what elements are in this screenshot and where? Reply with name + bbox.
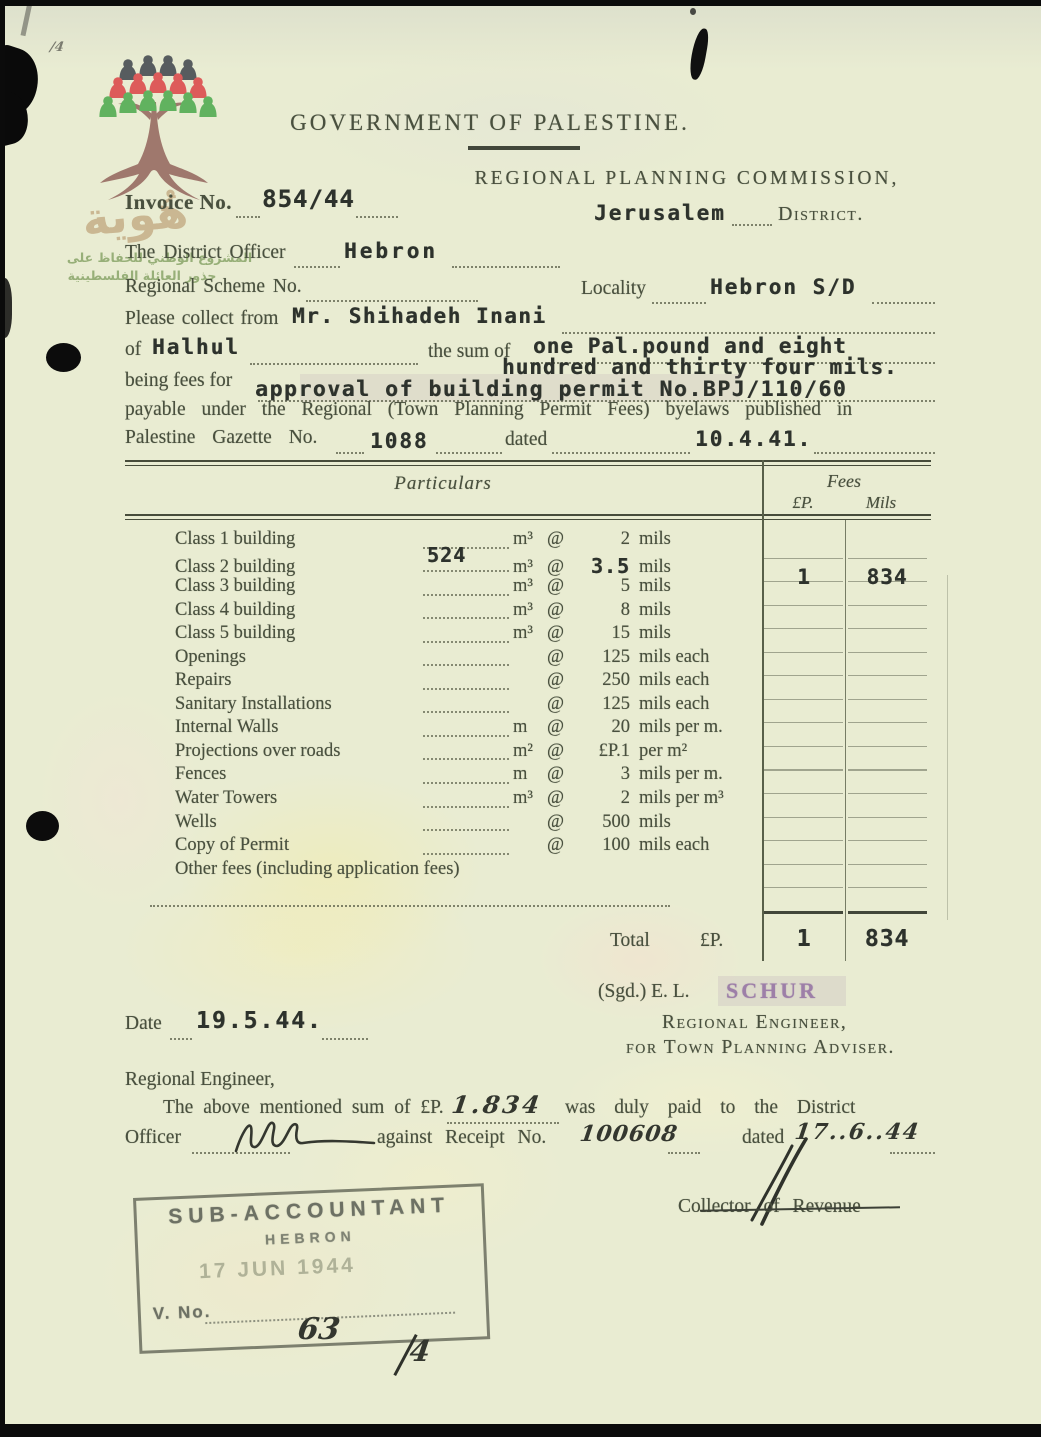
table-row: Projections over roadsm²@£P.1per m² xyxy=(150,741,766,765)
edge-smudge xyxy=(21,2,33,36)
row-rate-value: 5 xyxy=(574,576,630,597)
dotted-leader xyxy=(890,1150,935,1154)
locality-value: Hebron S/D xyxy=(710,275,856,299)
date-value: 19.5.44. xyxy=(196,1008,323,1034)
dotted-leader xyxy=(336,450,364,454)
row-rate-unit: mils xyxy=(639,600,671,621)
gazette-dated-value: 10.4.41. xyxy=(695,427,812,451)
date-label: Date xyxy=(125,1013,162,1035)
row-rate-value: 500 xyxy=(574,812,630,833)
table-row: Other fees (including application fees) xyxy=(150,859,766,883)
table-row: Class 2 building524m³@3.5mils xyxy=(150,553,766,577)
fee-row-line xyxy=(764,558,843,559)
row-rate-value: 15 xyxy=(574,623,630,644)
town-planning-adviser-title: for Town Planning Adviser. xyxy=(626,1037,895,1059)
row-label: Openings xyxy=(175,647,423,668)
pound-header: £P. xyxy=(780,493,826,513)
row-at-sign: @ xyxy=(547,788,574,809)
fee-row-line xyxy=(848,840,927,841)
table-row: Internal Wallsm@20mils per m. xyxy=(150,717,766,741)
fee-mils-value: 834 xyxy=(856,565,918,589)
row-rate-value: 20 xyxy=(574,717,630,738)
scanned-invoice-page: هُوية المشروع الوطني للحفاظ على جذور الع… xyxy=(0,0,1041,1437)
table-row: Water Towersm³@2mils per m³ xyxy=(150,788,766,812)
hole-punch xyxy=(46,343,81,372)
fee-row-line xyxy=(764,769,843,770)
collect-value: Mr. Shihadeh Inani xyxy=(292,304,547,328)
row-at-sign: @ xyxy=(547,764,574,785)
fee-row-line xyxy=(764,864,843,865)
row-fill-line xyxy=(423,673,509,690)
fee-row-line xyxy=(848,887,927,888)
row-at-sign: @ xyxy=(547,812,574,833)
dotted-leader xyxy=(452,264,560,268)
dotted-leader xyxy=(322,1036,368,1040)
row-label: Class 2 building xyxy=(175,557,423,578)
row-label: Copy of Permit xyxy=(175,835,423,856)
fee-row-line xyxy=(848,652,927,653)
row-at-sign: @ xyxy=(547,557,574,578)
row-fill-line xyxy=(423,767,509,784)
row-fill-line xyxy=(423,791,509,808)
total-pound-value: 1 xyxy=(786,926,822,952)
table-top-rule xyxy=(125,460,931,466)
dotted-leader xyxy=(732,222,772,226)
row-fill-line xyxy=(423,696,509,713)
table-pound-mils-vline xyxy=(845,520,846,961)
fee-row-line xyxy=(764,652,843,653)
total-rule-mils xyxy=(848,911,927,914)
dotted-leader xyxy=(236,214,260,218)
fee-row-line xyxy=(764,746,843,747)
gazette-value: 1088 xyxy=(370,429,429,453)
fee-row-line xyxy=(848,769,927,770)
fee-row-line xyxy=(764,675,843,676)
invoice-label: Invoice No. xyxy=(125,190,232,215)
dotted-leader xyxy=(872,300,935,304)
row-rate-unit: mils per m. xyxy=(639,717,723,738)
row-rate-unit: mils xyxy=(639,623,671,644)
fee-row-line xyxy=(848,793,927,794)
other-fees-dotted-line xyxy=(150,903,670,907)
row-label: Class 5 building xyxy=(175,623,423,644)
fees-header: Fees xyxy=(812,471,876,492)
fee-row-line xyxy=(848,699,927,700)
collect-label: Please collect from xyxy=(125,308,278,330)
sum-handwritten: 1.834 xyxy=(450,1090,544,1119)
payment-salutation: Regional Engineer, xyxy=(125,1069,275,1091)
gazette-label: Palestine Gazette No. xyxy=(125,427,317,449)
row-label: Repairs xyxy=(175,670,423,691)
fee-row-line xyxy=(848,628,927,629)
total-currency: £P. xyxy=(700,930,723,952)
district-officer-label: The District Officer xyxy=(125,242,286,264)
scan-edge-top xyxy=(0,0,1041,6)
row-fill-line xyxy=(423,720,509,737)
row-fill-line: 524 xyxy=(423,555,509,572)
of-label: of xyxy=(125,339,141,361)
row-unit: m³ xyxy=(509,576,547,597)
row-unit: m² xyxy=(509,741,547,762)
row-label: Fences xyxy=(175,764,423,785)
scan-edge-left xyxy=(0,0,5,1437)
fee-row-line xyxy=(764,722,843,723)
fee-row-line xyxy=(848,864,927,865)
officer-label: Officer xyxy=(125,1127,181,1149)
locality-label: Locality xyxy=(581,278,646,300)
row-rate-value: 250 xyxy=(574,670,630,691)
row-unit: m³ xyxy=(509,529,547,550)
row-at-sign: @ xyxy=(547,670,574,691)
row-fill-value: 524 xyxy=(427,543,466,567)
fee-row-line xyxy=(848,675,927,676)
stamp-vno-label: V. No. xyxy=(152,1302,211,1324)
row-rate-unit: mils per m. xyxy=(639,764,723,785)
hole-punch xyxy=(26,811,59,841)
table-row: Fencesm@3mils per m. xyxy=(150,764,766,788)
fee-row-line xyxy=(848,605,927,606)
row-label: Sanitary Installations xyxy=(175,694,423,715)
row-label: Projections over roads xyxy=(175,741,423,762)
total-label: Total xyxy=(610,930,650,952)
table-header-rule xyxy=(125,514,931,520)
district-officer-value: Hebron xyxy=(344,239,438,263)
fee-row-line xyxy=(848,722,927,723)
of-value: Halhul xyxy=(152,335,240,359)
particulars-rows: Class 1 buildingm³@2milsClass 2 building… xyxy=(150,529,766,882)
fee-row-line xyxy=(764,628,843,629)
sgd-stamp-name: SCHUR xyxy=(726,978,818,1004)
table-row: Sanitary Installations@125mils each xyxy=(150,694,766,718)
fee-row-line xyxy=(764,793,843,794)
row-unit: m xyxy=(509,717,547,738)
row-rate-value: £P.1 xyxy=(574,741,630,762)
ink-dot xyxy=(690,8,696,15)
dotted-leader xyxy=(170,1036,192,1040)
fee-row-line xyxy=(764,605,843,606)
dotted-leader xyxy=(668,1150,700,1154)
row-at-sign: @ xyxy=(547,600,574,621)
dotted-leader xyxy=(814,450,935,454)
total-mils-value: 834 xyxy=(856,926,918,952)
payable-line: payable under the Regional (Town Plannin… xyxy=(125,399,852,421)
row-label: Class 4 building xyxy=(175,600,423,621)
heritage-tree-logo xyxy=(80,52,236,208)
sum-label: the sum of xyxy=(428,341,510,363)
row-label: Other fees (including application fees) xyxy=(175,859,460,880)
row-fill-line xyxy=(423,579,509,596)
district-value: Jerusalem xyxy=(594,201,726,225)
dotted-leader xyxy=(552,450,690,454)
row-fill-line xyxy=(423,838,509,855)
row-at-sign: @ xyxy=(547,529,574,550)
receipt-number-handwritten: 100608 xyxy=(578,1121,680,1147)
stamp-date: 17 JUN 1944 xyxy=(199,1254,357,1285)
dotted-leader xyxy=(436,450,502,454)
row-fill-line xyxy=(423,814,509,831)
commission-title: REGIONAL PLANNING COMMISSION, xyxy=(462,168,912,190)
mils-header: Mils xyxy=(856,493,906,513)
row-label: Wells xyxy=(175,812,423,833)
scheme-label: Regional Scheme No. xyxy=(125,276,302,298)
row-label: Water Towers xyxy=(175,788,423,809)
row-unit: m³ xyxy=(509,623,547,644)
row-rate-unit: mils xyxy=(639,557,671,578)
row-at-sign: @ xyxy=(547,576,574,597)
invoice-number-value: 854/44 xyxy=(262,185,355,213)
row-rate-unit: mils xyxy=(639,576,671,597)
regional-engineer-title: Regional Engineer, xyxy=(662,1012,847,1034)
corner-pencil-mark: /4 xyxy=(49,40,65,55)
row-rate-unit: mils each xyxy=(639,670,709,691)
row-rate-unit: mils xyxy=(639,529,671,550)
row-rate-value: 8 xyxy=(574,600,630,621)
dotted-leader xyxy=(294,264,340,268)
table-row: Class 4 buildingm³@8mils xyxy=(150,600,766,624)
row-rate-value: 3 xyxy=(574,764,630,785)
fee-pound-value: 1 xyxy=(786,565,822,589)
fee-row-line xyxy=(764,699,843,700)
dotted-leader xyxy=(356,214,398,218)
row-unit: m xyxy=(509,764,547,785)
payment-line1-post: was duly paid to the District xyxy=(565,1097,855,1119)
row-at-sign: @ xyxy=(547,623,574,644)
fee-row-line xyxy=(764,817,843,818)
fee-row-line xyxy=(764,840,843,841)
row-rate-value: 2 xyxy=(574,788,630,809)
row-rate-value: 3.5 xyxy=(574,554,630,578)
scan-edge-bottom xyxy=(0,1424,1041,1437)
total-rule-pound xyxy=(764,911,843,914)
row-at-sign: @ xyxy=(547,717,574,738)
district-label: District. xyxy=(778,203,864,226)
row-rate-unit: mils each xyxy=(639,835,709,856)
voucher-number-handwritten: 63 xyxy=(296,1312,343,1347)
title-rule xyxy=(468,146,580,150)
sgd-prefix: (Sgd.) E. L. xyxy=(598,981,690,1003)
table-row: Openings@125mils each xyxy=(150,647,766,671)
row-fill-line xyxy=(423,602,509,619)
dotted-leader xyxy=(652,300,706,304)
row-label: Class 3 building xyxy=(175,576,423,597)
row-rate-value: 2 xyxy=(574,529,630,550)
particulars-header: Particulars xyxy=(308,473,578,495)
fees-for-label: being fees for xyxy=(125,370,232,392)
row-at-sign: @ xyxy=(547,835,574,856)
row-at-sign: @ xyxy=(547,694,574,715)
row-fill-line xyxy=(423,649,509,666)
row-rate-value: 125 xyxy=(574,694,630,715)
row-at-sign: @ xyxy=(547,647,574,668)
table-row: Copy of Permit@100mils each xyxy=(150,835,766,859)
row-rate-unit: mils each xyxy=(639,694,709,715)
ink-blot xyxy=(688,27,711,81)
row-unit: m³ xyxy=(509,600,547,621)
dated-label: dated xyxy=(505,429,547,451)
extra-number-handwritten: 4 xyxy=(408,1334,433,1368)
page-title: GOVERNMENT OF PALESTINE. xyxy=(240,110,740,136)
row-unit: m³ xyxy=(509,557,547,578)
row-rate-value: 125 xyxy=(574,647,630,668)
row-rate-value: 100 xyxy=(574,835,630,856)
row-unit: m³ xyxy=(509,788,547,809)
row-label: Class 1 building xyxy=(175,529,423,550)
fee-row-line xyxy=(848,817,927,818)
against-receipt-label: against Receipt No. xyxy=(377,1127,546,1149)
officer-signature xyxy=(228,1113,378,1159)
row-fill-line xyxy=(423,743,509,760)
table-row: Wells@500mils xyxy=(150,812,766,836)
fold-crease xyxy=(947,575,948,920)
fee-row-line xyxy=(764,887,843,888)
row-rate-unit: mils per m³ xyxy=(639,788,724,809)
row-at-sign: @ xyxy=(547,741,574,762)
row-label: Internal Walls xyxy=(175,717,423,738)
row-rate-unit: mils each xyxy=(639,647,709,668)
table-row: Class 5 buildingm³@15mils xyxy=(150,623,766,647)
row-rate-unit: per m² xyxy=(639,741,687,762)
row-fill-line xyxy=(423,626,509,643)
table-row: Repairs@250mils each xyxy=(150,670,766,694)
dotted-leader xyxy=(306,298,478,302)
row-rate-unit: mils xyxy=(639,812,671,833)
table-row: Class 3 buildingm³@5mils xyxy=(150,576,766,600)
fee-row-line xyxy=(848,558,927,559)
dotted-leader xyxy=(250,361,418,365)
dotted-leader xyxy=(447,1120,559,1124)
fee-row-line xyxy=(848,746,927,747)
